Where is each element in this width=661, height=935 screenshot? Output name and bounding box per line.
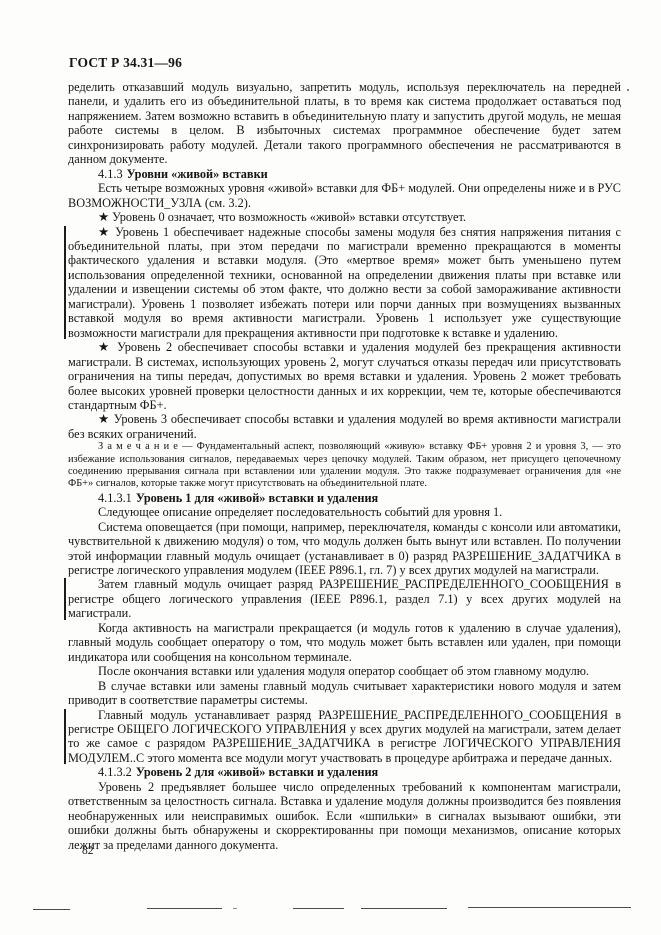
section-heading-4-1-3-1: 4.1.3.1Уровень 1 для «живой» вставки и у…: [68, 491, 621, 505]
paragraph-level-3: ★ Уровень 3 обеспечивает способы вставки…: [68, 412, 621, 441]
section-title: Уровень 2 для «живой» вставки и удаления: [136, 765, 378, 779]
paragraph-operator-report: После окончания вставки или удаления мод…: [68, 664, 621, 678]
change-bar: [64, 226, 66, 340]
scan-artifact-dot: [627, 89, 629, 91]
section-heading-4-1-3-2: 4.1.3.2Уровень 2 для «живой» вставки и у…: [68, 765, 621, 779]
document-page: ГОСТ Р 34.31—96 ределить отказавший моду…: [0, 0, 661, 935]
scan-artifact-line: [33, 909, 70, 910]
paragraph-level-0: ★ Уровень 0 означает, что возможность «ж…: [68, 210, 621, 224]
paragraph-level-1: ★ Уровень 1 обеспечивает надежные способ…: [68, 225, 621, 341]
note-paragraph: З а м е ч а н и е — Фундаментальный аспе…: [68, 441, 621, 490]
scan-artifact-line: [233, 908, 237, 909]
paragraph-level-2-requirements: Уровень 2 предъявляет большее число опре…: [68, 780, 621, 852]
revision-marked-block: Затем главный модуль очищает разряд РАЗР…: [68, 577, 621, 620]
scan-artifact-line: [468, 907, 631, 908]
paragraph-bus-activity: Когда активность на магистрали прекращае…: [68, 621, 621, 664]
revision-marked-block: Главный модуль устанавливает разряд РАЗР…: [68, 708, 621, 766]
paragraph-read-characteristics: В случае вставки или замены главный моду…: [68, 679, 621, 708]
paragraph-set-bit: Главный модуль устанавливает разряд РАЗР…: [68, 708, 621, 766]
paragraph-levels-intro: Есть четыре возможных уровня «живой» вст…: [68, 181, 621, 210]
change-bar: [64, 709, 66, 765]
paragraph-sequence: Следующее описание определяет последоват…: [68, 505, 621, 519]
revision-marked-block: ★ Уровень 1 обеспечивает надежные способ…: [68, 225, 621, 341]
paragraph-system-notify: Система оповещается (при помощи, наприме…: [68, 520, 621, 578]
paragraph-continuation: ределить отказавший модуль визуально, за…: [68, 80, 621, 167]
text-column: ределить отказавший модуль визуально, за…: [68, 80, 621, 852]
change-bar: [64, 578, 66, 619]
section-number: 4.1.3: [98, 167, 123, 181]
page-number: 82: [82, 845, 94, 857]
paragraph-clear-bit: Затем главный модуль очищает разряд РАЗР…: [68, 577, 621, 620]
section-heading-4-1-3: 4.1.3Уровни «живой» вставки: [68, 167, 621, 181]
scan-artifact-line: [293, 908, 344, 909]
section-title: Уровень 1 для «живой» вставки и удаления: [136, 491, 378, 505]
section-title: Уровни «живой» вставки: [127, 167, 268, 181]
section-number: 4.1.3.1: [98, 491, 132, 505]
scan-artifact-line: [147, 908, 222, 909]
scan-artifact-line: [361, 908, 447, 909]
paragraph-level-2: ★ Уровень 2 обеспечивает способы вставки…: [68, 340, 621, 412]
section-number: 4.1.3.2: [98, 765, 132, 779]
standard-designation: ГОСТ Р 34.31—96: [69, 55, 182, 71]
